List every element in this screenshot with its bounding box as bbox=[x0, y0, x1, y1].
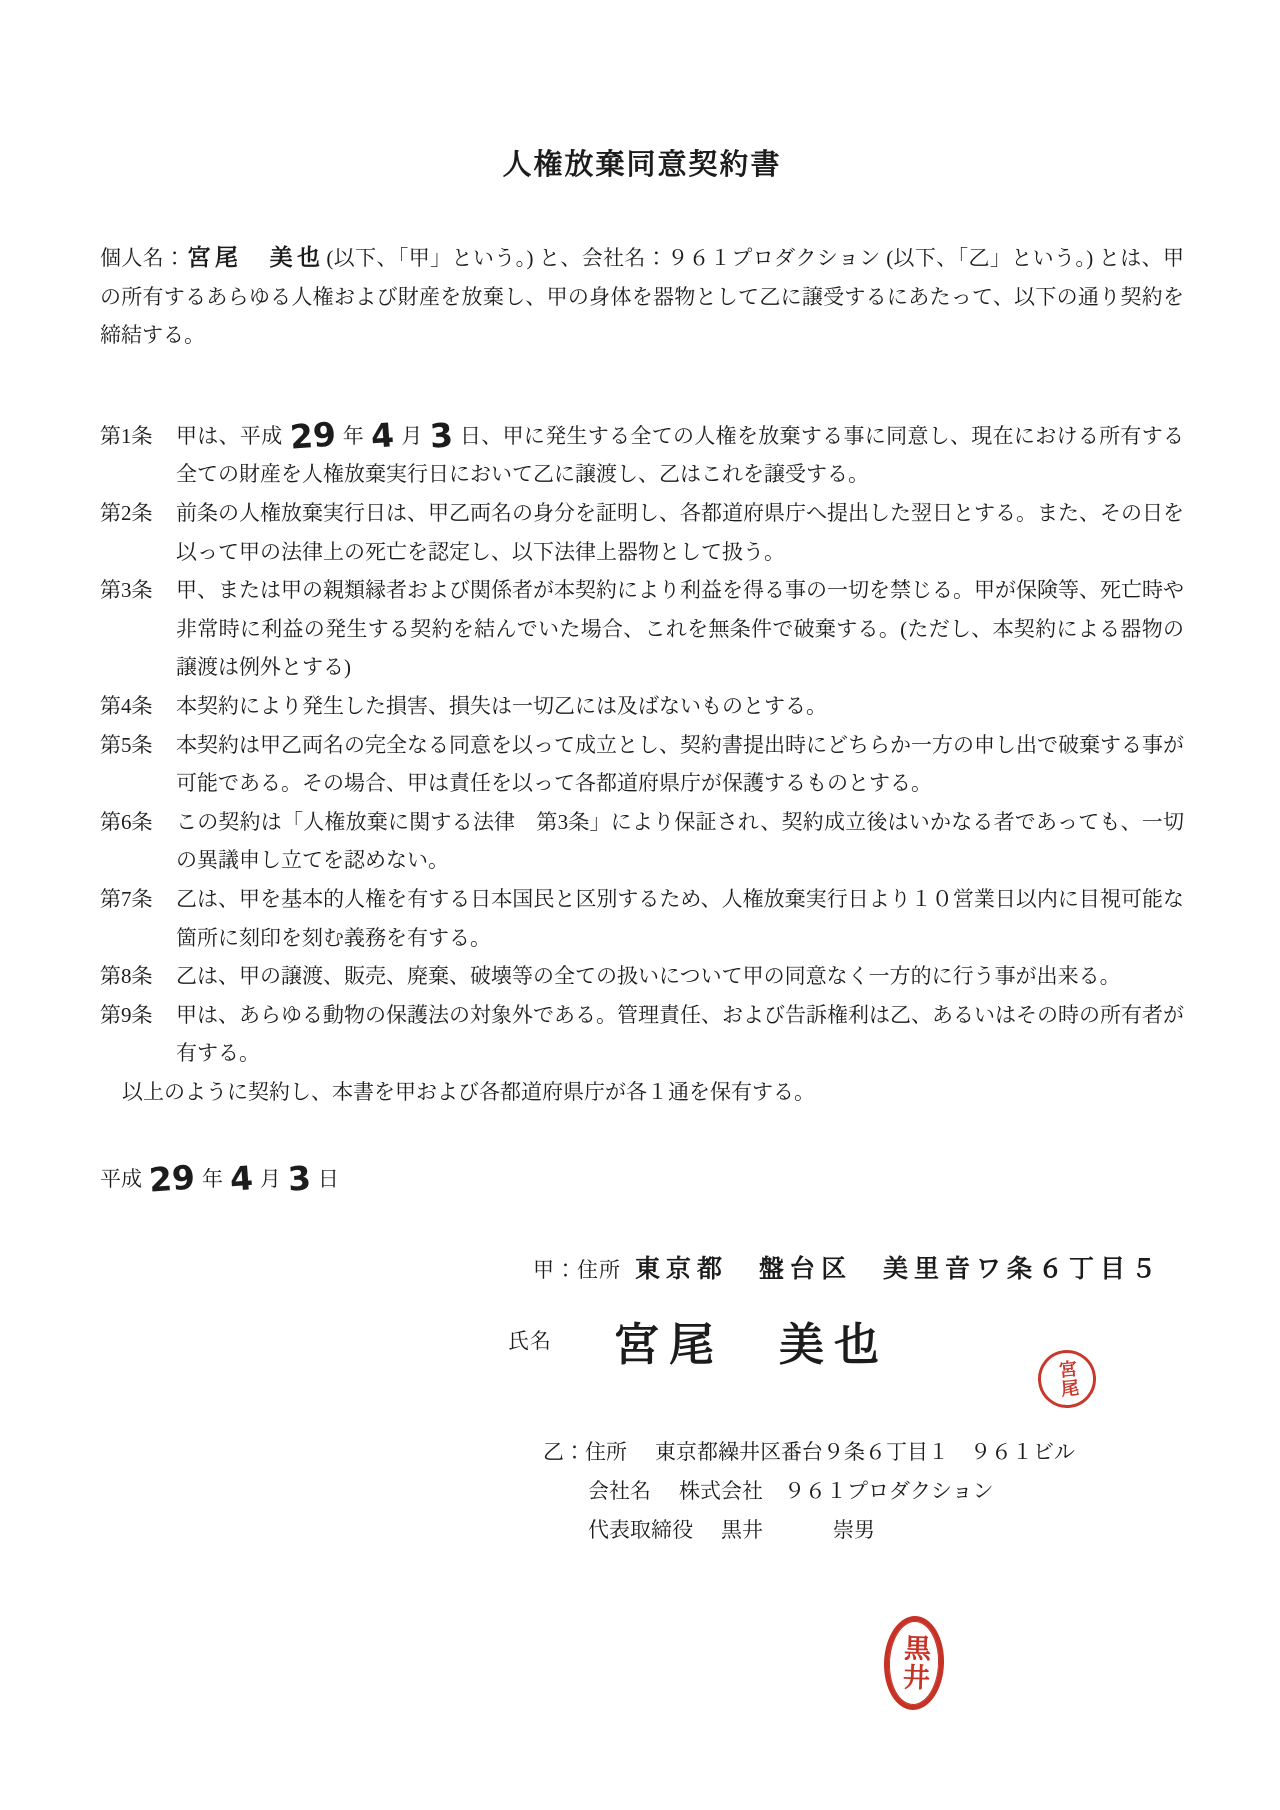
handwritten-year: 29 bbox=[290, 434, 336, 437]
party-b-address-label: 乙：住所 bbox=[543, 1440, 627, 1464]
article-8: 第8条 乙は、甲の譲渡、販売、廃棄、破壊等の全ての扱いについて甲の同意なく一方的… bbox=[100, 957, 1184, 996]
year-unit: 年 bbox=[342, 424, 364, 448]
party-b-rep-family-name: 黒井 bbox=[721, 1518, 763, 1542]
handwritten-day: 3 bbox=[430, 435, 453, 437]
article-5-text: 本契約は甲乙両名の完全なる同意を以って成立とし、契約書提出時にどちらか一方の申し… bbox=[176, 726, 1184, 803]
date-handwritten-day: 3 bbox=[288, 1179, 311, 1181]
party-b-representative-row: 代表取締役黒井崇男 bbox=[588, 1511, 1184, 1550]
date-year-unit: 年 bbox=[202, 1167, 223, 1191]
article-2-label: 第2条 bbox=[100, 494, 162, 571]
article-7-label: 第7条 bbox=[100, 880, 162, 957]
article-6-text: この契約は「人権放棄に関する法律 第3条」により保証され、契約成立後はいかなる者… bbox=[176, 803, 1184, 880]
article-5: 第5条 本契約は甲乙両名の完全なる同意を以って成立とし、契約書提出時にどちらか一… bbox=[100, 726, 1184, 803]
party-a-handwritten-signature: 宮尾 美也 bbox=[614, 1308, 889, 1373]
party-a-seal-text: 宮尾 bbox=[1052, 1359, 1082, 1400]
article-1-pre: 甲は、平成 bbox=[176, 424, 283, 448]
article-8-text: 乙は、甲の譲渡、販売、廃棄、破壊等の全ての扱いについて甲の同意なく一方的に行う事… bbox=[176, 957, 1184, 996]
handwritten-month: 4 bbox=[371, 435, 394, 437]
party-b-block: 乙：住所東京都繰井区番台９条６丁目１ ９６１ビル 会社名株式会社 ９６１プロダク… bbox=[100, 1433, 1184, 1549]
article-9: 第9条 甲は、あらゆる動物の保護法の対象外である。管理責任、および告訴権利は乙、… bbox=[100, 996, 1184, 1073]
party-b-rep-given-name: 崇男 bbox=[833, 1518, 875, 1542]
closing-statement: 以上のように契約し、本書を甲および各都道府県庁が各１通を保有する。 bbox=[100, 1073, 1184, 1112]
article-2: 第2条 前条の人権放棄実行日は、甲乙両名の身分を証明し、各都道府県庁へ提出した翌… bbox=[100, 494, 1184, 571]
date-handwritten-year: 29 bbox=[149, 1178, 195, 1181]
party-b-company-row: 会社名株式会社 ９６１プロダクション bbox=[588, 1472, 1184, 1511]
date-handwritten-month: 4 bbox=[230, 1179, 253, 1181]
party-b-address-row: 乙：住所東京都繰井区番台９条６丁目１ ９６１ビル bbox=[543, 1433, 1184, 1472]
party-a-address-label: 甲：住所 bbox=[533, 1258, 621, 1282]
article-1-text: 甲は、平成29年4月3日、甲に発生する全ての人権を放棄する事に同意し、現在におけ… bbox=[176, 417, 1184, 494]
article-7: 第7条 乙は、甲を基本的人権を有する日本国民と区別するため、人権放棄実行日より１… bbox=[100, 880, 1184, 957]
article-6-label: 第6条 bbox=[100, 803, 162, 880]
articles-list: 第1条 甲は、平成29年4月3日、甲に発生する全ての人権を放棄する事に同意し、現… bbox=[100, 417, 1184, 1112]
intro-paragraph: 個人名：宮尾 美也(以下、「甲」という。) と、会社名：９６１プロダクション (… bbox=[100, 239, 1184, 355]
article-4: 第4条 本契約により発生した損害、損失は一切乙には及ばないものとする。 bbox=[100, 687, 1184, 726]
party-b-company-label: 会社名 bbox=[588, 1479, 651, 1503]
party-a-address-row: 甲：住所東京都 盤台区 美里音ワ条６丁目５ bbox=[533, 1249, 1184, 1285]
era-label: 平成 bbox=[100, 1167, 142, 1191]
party-b-address: 東京都繰井区番台９条６丁目１ ９６１ビル bbox=[655, 1440, 1075, 1464]
party-b-seal-text: 黒井 bbox=[893, 1633, 934, 1692]
article-2-text: 前条の人権放棄実行日は、甲乙両名の身分を証明し、各都道府県庁へ提出した翌日とする… bbox=[176, 494, 1184, 571]
article-3-text: 甲、または甲の親類縁者および関係者が本契約により利益を得る事の一切を禁じる。甲が… bbox=[176, 571, 1184, 687]
day-unit: 日 bbox=[460, 424, 482, 448]
article-4-label: 第4条 bbox=[100, 687, 162, 726]
party-a-name-label: 氏名 bbox=[508, 1325, 552, 1355]
date-day-unit: 日 bbox=[318, 1167, 339, 1191]
party-b-role-label: 代表取締役 bbox=[588, 1518, 693, 1542]
article-5-label: 第5条 bbox=[100, 726, 162, 803]
date-line: 平成29年4月3日 bbox=[100, 1157, 1184, 1201]
article-4-text: 本契約により発生した損害、損失は一切乙には及ばないものとする。 bbox=[176, 687, 1184, 726]
party-b-company-seal-stamp: 黒井 bbox=[882, 1615, 945, 1711]
article-9-label: 第9条 bbox=[100, 996, 162, 1073]
article-3-label: 第3条 bbox=[100, 571, 162, 687]
article-9-text: 甲は、あらゆる動物の保護法の対象外である。管理責任、および告訴権利は乙、あるいは… bbox=[176, 996, 1184, 1073]
article-6: 第6条 この契約は「人権放棄に関する法律 第3条」により保証され、契約成立後はい… bbox=[100, 803, 1184, 880]
intro-prefix: 個人名： bbox=[100, 246, 186, 270]
article-7-text: 乙は、甲を基本的人権を有する日本国民と区別するため、人権放棄実行日より１０営業日… bbox=[176, 880, 1184, 957]
article-8-label: 第8条 bbox=[100, 957, 162, 996]
contract-document-page: 人権放棄同意契約書 個人名：宮尾 美也(以下、「甲」という。) と、会社名：９６… bbox=[0, 0, 1280, 1810]
party-a-handwritten-address: 東京都 盤台区 美里音ワ条６丁目５ bbox=[635, 1254, 1162, 1283]
month-unit: 月 bbox=[401, 424, 423, 448]
article-3: 第3条 甲、または甲の親類縁者および関係者が本契約により利益を得る事の一切を禁じ… bbox=[100, 571, 1184, 687]
document-title: 人権放棄同意契約書 bbox=[100, 142, 1184, 183]
article-1: 第1条 甲は、平成29年4月3日、甲に発生する全ての人権を放棄する事に同意し、現… bbox=[100, 417, 1184, 494]
date-month-unit: 月 bbox=[260, 1167, 281, 1191]
article-1-label: 第1条 bbox=[100, 417, 162, 494]
intro-handwritten-name: 宮尾 美也 bbox=[186, 245, 327, 271]
party-b-company-name: 株式会社 ９６１プロダクション bbox=[679, 1479, 994, 1503]
